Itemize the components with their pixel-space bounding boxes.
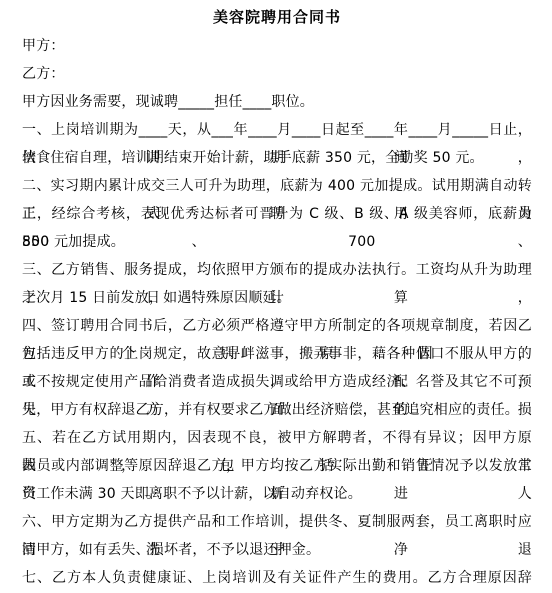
- contract-line-16: 裁员或内部调整等原因辞退乙方，甲方均按乙方实际出勤和销售情况予以发放工资。新进人: [22, 452, 532, 480]
- document-title: 美容院聘用合同书: [22, 8, 532, 26]
- contract-document: 美容院聘用合同书 甲方：乙方：甲方因业务需要，现诚聘_____担任____职位。…: [0, 0, 552, 593]
- contract-line-11: 四、签订聘用合同书后，乙方必须严格遵守甲方所制定的各项规章制度，若因乙方个别原因…: [22, 312, 532, 340]
- contract-line-5: 伙食住宿自理，培训期结束开始计薪，助手底薪 350 元，全勤奖 50 元。: [22, 144, 532, 172]
- contract-line-12: 包括违反甲方的上岗规定，故意寻衅滋事，搬弄事非，藉各种借口不服从甲方的工作调配，: [22, 340, 532, 368]
- contract-line-6: 二、实习期内累计成交三人可升为助理，底薪为 400 元加提成。试用期满自动转正式…: [22, 172, 532, 200]
- contract-line-2: 乙方：: [22, 60, 532, 88]
- contract-line-1: 甲方：: [22, 32, 532, 60]
- contract-body: 甲方：乙方：甲方因业务需要，现诚聘_____担任____职位。一、上岗培训期为_…: [22, 32, 532, 592]
- contract-line-18: 六、甲方定期为乙方提供产品和工作培训，提供冬、夏制服两套，员工离职时应清洗干净退: [22, 508, 532, 536]
- contract-line-7: 工，经综合考核，表现优秀达标者可晋升为 C 级、B 级、A 级美容师，底薪为 5…: [22, 200, 532, 228]
- contract-line-14: 失，甲方有权辞退乙方，并有权要求乙方做出经济赔偿，甚至追究相应的责任。: [22, 396, 532, 424]
- contract-line-4: 一、上岗培训期为____天，从___年____月____日起至____年____…: [22, 116, 532, 144]
- contract-line-20: 七、乙方本人负责健康证、上岗培训及有关证件产生的费用。乙方合理原因辞职，必须提前: [22, 564, 532, 592]
- contract-line-13: 或不按规定使用产品给消费者造成损失，或给甲方造成经济、名誉及其它不可预见方面的损: [22, 368, 532, 396]
- contract-line-3: 甲方因业务需要，现诚聘_____担任____职位。: [22, 88, 532, 116]
- contract-line-9: 三、乙方销售、服务提成，均依照甲方颁布的提成办法执行。工资均从升为助理之日计算，: [22, 256, 532, 284]
- contract-line-15: 五、若在乙方试用期内，因表现不良，被甲方解聘者，不得有异议；因甲方原因，包括正常: [22, 424, 532, 452]
